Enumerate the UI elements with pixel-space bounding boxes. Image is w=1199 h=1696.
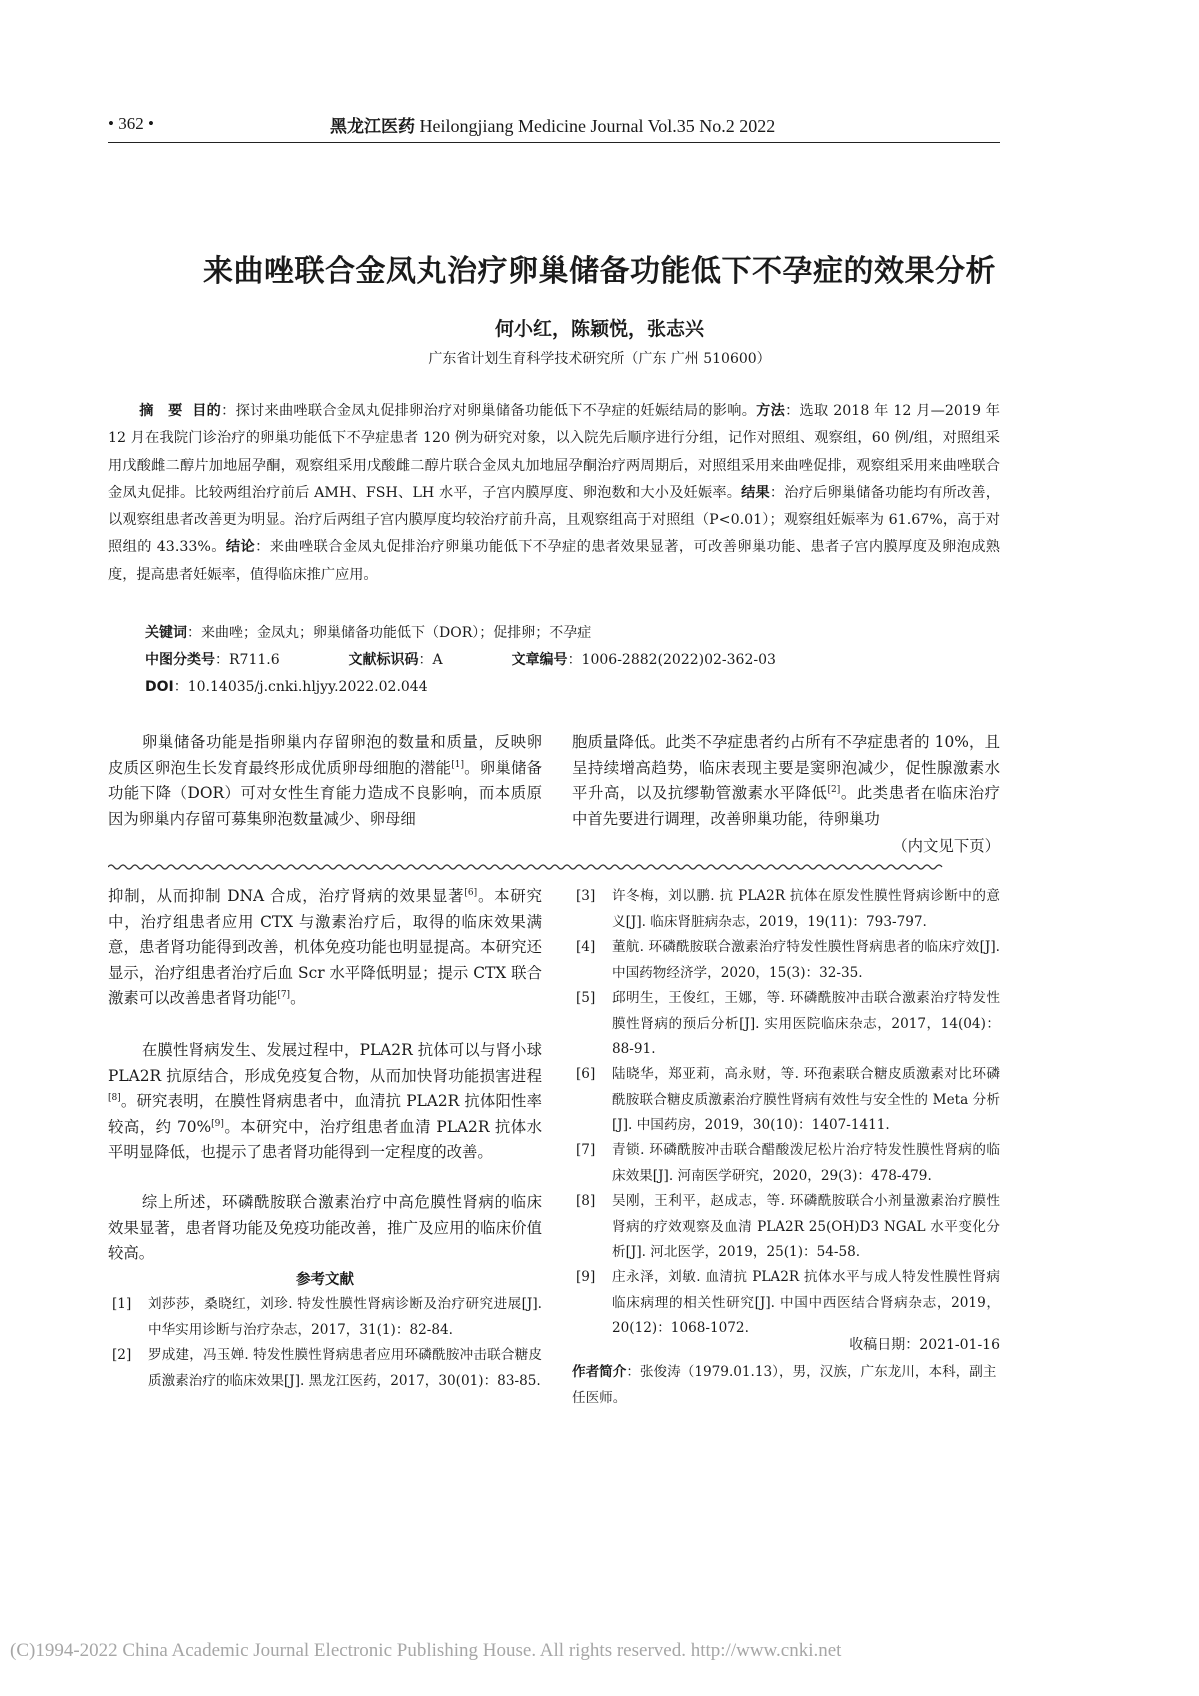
author-bio: 作者简介：张俊涛（1979.01.13），男，汉族，广东龙川，本科，副主任医师。: [572, 1360, 1000, 1411]
citation: [1]: [451, 759, 464, 769]
reference-text: 罗成建，冯玉婵. 特发性膜性肾病患者应用环磷酰胺冲击联合糖皮质激素治疗的临床效果…: [148, 1343, 542, 1394]
conclusion-label: 结论: [226, 539, 255, 555]
prev-article-para-1: 抑制，从而抑制 DNA 合成，治疗肾病的效果显著[6]。本研究中，治疗组患者应用…: [108, 884, 542, 1012]
doc-code-value: ：A: [419, 652, 443, 668]
article-title: 来曲唑联合金凤丸治疗卵巢储备功能低下不孕症的效果分析: [0, 246, 1199, 290]
running-header: • 362 • 黑龙江医药 Heilongjiang Medicine Jour…: [108, 110, 1000, 143]
continued-note: （内文见下页）: [572, 834, 1000, 856]
keywords: 关键词：来曲唑；金凤丸；卵巢储备功能低下（DOR）；促排卵；不孕症: [145, 622, 591, 642]
doi-label: DOI: [145, 679, 174, 695]
para-text: 在膜性肾病发生、发展过程中，PLA2R 抗体可以与肾小球 PLA2R 抗原结合，…: [108, 1041, 542, 1085]
article-authors: 何小红，陈颖悦，张志兴: [0, 314, 1199, 341]
reference-text: 刘莎莎，桑晓红，刘珍. 特发性膜性肾病诊断及治疗研究进展[J]. 中华实用诊断与…: [148, 1292, 542, 1343]
citation: [8]: [108, 1093, 121, 1103]
copyright-footer: (C)1994-2022 China Academic Journal Elec…: [10, 1640, 841, 1662]
reference-number: [4]: [576, 935, 595, 961]
article-no-label: 文章编号: [512, 652, 568, 668]
reference-text: 许冬梅，刘以鹏. 抗 PLA2R 抗体在原发性膜性肾病诊断中的意义[J]. 临床…: [612, 884, 1000, 935]
journal-name-en: Heilongjiang Medicine Journal Vol.35 No.…: [420, 116, 776, 136]
doc-code-label: 文献标识码: [349, 652, 419, 668]
reference-text: 董航. 环磷酰胺联合激素治疗特发性膜性肾病患者的临床疗效[J]. 中国药物经济学…: [612, 935, 1000, 986]
reference-item-8: [8] 吴刚，王利平，赵成志，等. 环磷酰胺联合小剂量激素治疗膜性肾病的疗效观察…: [576, 1189, 1000, 1266]
reference-item-6: [6] 陆晓华，郑亚莉，高永财，等. 环孢素联合糖皮质激素对比环磷酰胺联合糖皮质…: [576, 1062, 1000, 1139]
intro-left-column: 卵巢储备功能是指卵巢内存留卵泡的数量和质量，反映卵皮质区卵泡生长发育最终形成优质…: [108, 730, 542, 832]
reference-number: [2]: [112, 1343, 131, 1369]
para-text: 。本研究中，治疗组患者应用 CTX 与激素治疗后，取得的临床效果满意，患者肾功能…: [108, 887, 542, 1007]
intro-right-column: 胞质量降低。此类不孕症患者约占所有不孕症患者的 10%，且呈持续增高趋势，临床表…: [572, 730, 1000, 832]
reference-item-2: [2] 罗成建，冯玉婵. 特发性膜性肾病患者应用环磷酰胺冲击联合糖皮质激素治疗的…: [112, 1343, 542, 1394]
keywords-label: 关键词: [145, 625, 187, 641]
reference-number: [5]: [576, 986, 595, 1012]
author-bio-label: 作者简介: [572, 1364, 626, 1380]
abstract: 摘 要 目的：探讨来曲唑联合金凤丸促排卵治疗对卵巢储备功能低下不孕症的妊娠结局的…: [108, 398, 1000, 589]
reference-item-4: [4] 董航. 环磷酰胺联合激素治疗特发性膜性肾病患者的临床疗效[J]. 中国药…: [576, 935, 1000, 986]
doi-value: ：10.14035/j.cnki.hljyy.2022.02.044: [174, 679, 428, 695]
reference-text: 吴刚，王利平，赵成志，等. 环磷酰胺联合小剂量激素治疗膜性肾病的疗效观察及血清 …: [612, 1189, 1000, 1266]
journal-name: 黑龙江医药 Heilongjiang Medicine Journal Vol.…: [330, 112, 775, 137]
reference-text: 陆晓华，郑亚莉，高永财，等. 环孢素联合糖皮质激素对比环磷酰胺联合糖皮质激素治疗…: [612, 1062, 1000, 1139]
reference-item-1: [1] 刘莎莎，桑晓红，刘珍. 特发性膜性肾病诊断及治疗研究进展[J]. 中华实…: [112, 1292, 542, 1343]
reference-text: 庄永泽，刘敏. 血清抗 PLA2R 抗体水平与成人特发性膜性肾病临床病理的相关性…: [612, 1265, 1000, 1342]
citation: [2]: [828, 785, 841, 795]
reference-item-9: [9] 庄永泽，刘敏. 血清抗 PLA2R 抗体水平与成人特发性膜性肾病临床病理…: [576, 1265, 1000, 1342]
reference-number: [7]: [576, 1138, 595, 1164]
clc-value: ：R711.6: [215, 652, 280, 668]
prev-article-para-3: 综上所述，环磷酰胺联合激素治疗中高危膜性肾病的临床效果显著，患者肾功能及免疫功能…: [108, 1190, 542, 1267]
objective-label: 目的: [192, 403, 221, 419]
prev-article-para-2: 在膜性肾病发生、发展过程中，PLA2R 抗体可以与肾小球 PLA2R 抗原结合，…: [108, 1038, 542, 1166]
classification-line: 中图分类号：R711.6 文献标识码：A 文章编号：1006-2882(2022…: [145, 649, 776, 669]
citation: [6]: [464, 888, 477, 898]
reference-number: [3]: [576, 884, 595, 910]
para-text: 抑制，从而抑制 DNA 合成，治疗肾病的效果显著: [108, 887, 464, 905]
method-label: 方法: [756, 403, 785, 419]
result-label: 结果: [741, 485, 770, 501]
clc-label: 中图分类号: [145, 652, 215, 668]
doi-line: DOI：10.14035/j.cnki.hljyy.2022.02.044: [145, 676, 428, 696]
references-title: 参考文献: [108, 1268, 542, 1289]
reference-text: 邱明生，王俊红，王娜，等. 环磷酰胺冲击联合激素治疗特发性膜性肾病的预后分析[J…: [612, 986, 1000, 1063]
reference-item-7: [7] 青锁. 环磷酰胺冲击联合醋酸泼尼松片治疗特发性膜性肾病的临床效果[J].…: [576, 1138, 1000, 1189]
journal-name-cn: 黑龙江医药: [330, 117, 415, 137]
citation: [7]: [277, 990, 290, 1000]
received-date: 收稿日期：2021-01-16: [572, 1334, 1000, 1354]
citation: [9]: [211, 1119, 224, 1129]
para-text: 。: [290, 989, 305, 1007]
author-bio-text: ：张俊涛（1979.01.13），男，汉族，广东龙川，本科，副主任医师。: [572, 1364, 996, 1406]
abstract-label: 摘 要: [139, 403, 182, 419]
article-no-value: ：1006-2882(2022)02-362-03: [568, 652, 776, 668]
reference-item-5: [5] 邱明生，王俊红，王娜，等. 环磷酰胺冲击联合激素治疗特发性膜性肾病的预后…: [576, 986, 1000, 1063]
reference-text: 青锁. 环磷酰胺冲击联合醋酸泼尼松片治疗特发性膜性肾病的临床效果[J]. 河南医…: [612, 1138, 1000, 1189]
reference-item-3: [3] 许冬梅，刘以鹏. 抗 PLA2R 抗体在原发性膜性肾病诊断中的意义[J]…: [576, 884, 1000, 935]
reference-number: [6]: [576, 1062, 595, 1088]
reference-number: [9]: [576, 1265, 595, 1291]
wavy-divider: [108, 862, 1000, 872]
reference-number: [8]: [576, 1189, 595, 1215]
reference-number: [1]: [112, 1292, 131, 1318]
article-affiliation: 广东省计划生育科学技术研究所（广东 广州 510600）: [0, 348, 1199, 368]
objective-text: ：探讨来曲唑联合金凤丸促排卵治疗对卵巢储备功能低下不孕症的妊娠结局的影响。: [221, 403, 756, 419]
page-number: • 362 •: [108, 114, 154, 134]
keywords-text: ：来曲唑；金凤丸；卵巢储备功能低下（DOR）；促排卵；不孕症: [187, 625, 591, 641]
